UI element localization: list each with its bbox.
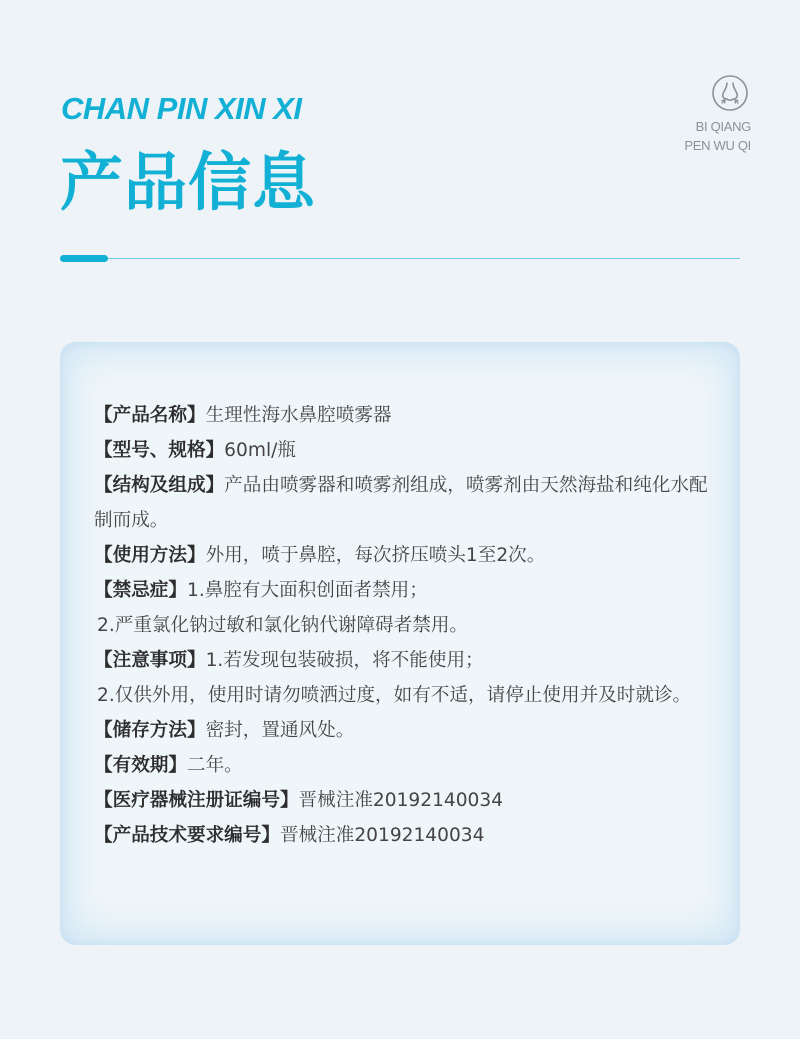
info-item-storage: 【储存方法】密封，置通风处。 xyxy=(94,713,710,748)
info-label: 【禁忌症】 xyxy=(94,580,187,601)
info-item-product-name: 【产品名称】生理性海水鼻腔喷雾器 xyxy=(94,398,710,433)
info-item-registration-number: 【医疗器械注册证编号】晋械注准20192140034 xyxy=(94,783,710,818)
badge-label-line2: PEN WU QI xyxy=(660,136,751,155)
info-item-shelf-life: 【有效期】二年。 xyxy=(94,748,710,783)
title-divider-accent xyxy=(60,255,108,262)
info-label: 【使用方法】 xyxy=(94,545,206,566)
info-label: 【储存方法】 xyxy=(94,720,206,741)
info-value: 外用，喷于鼻腔，每次挤压喷头1至2次。 xyxy=(206,545,546,566)
info-value-continuation: 2.仅供外用，使用时请勿喷洒过度，如有不适，请停止使用并及时就诊。 xyxy=(94,678,710,713)
info-label: 【型号、规格】 xyxy=(94,440,224,461)
info-value: 60ml/瓶 xyxy=(224,440,296,461)
info-item-contraindications: 【禁忌症】1.鼻腔有大面积创面者禁用； 2.严重氯化钠过敏和氯化钠代谢障碍者禁用… xyxy=(94,573,710,643)
info-label: 【产品名称】 xyxy=(94,405,206,426)
info-label: 【医疗器械注册证编号】 xyxy=(94,790,299,811)
badge-label-line1: BI QIANG xyxy=(660,117,751,136)
info-item-precautions: 【注意事项】1.若发现包装破损，将不能使用； 2.仅供外用，使用时请勿喷洒过度，… xyxy=(94,643,710,713)
info-value: 晋械注准20192140034 xyxy=(299,790,504,811)
info-value: 1.鼻腔有大面积创面者禁用； xyxy=(187,580,428,601)
info-item-tech-requirement-number: 【产品技术要求编号】晋械注准20192140034 xyxy=(94,818,710,853)
subtitle-pinyin: CHAN PIN XIN XI xyxy=(61,90,302,128)
info-item-usage: 【使用方法】外用，喷于鼻腔，每次挤压喷头1至2次。 xyxy=(94,538,710,573)
info-label: 【注意事项】 xyxy=(94,650,206,671)
info-label: 【结构及组成】 xyxy=(94,475,224,496)
info-item-model-spec: 【型号、规格】60ml/瓶 xyxy=(94,433,710,468)
info-value: 密封，置通风处。 xyxy=(206,720,355,741)
info-value: 晋械注准20192140034 xyxy=(280,825,485,846)
info-label: 【产品技术要求编号】 xyxy=(94,825,280,846)
title-divider-line xyxy=(60,258,740,259)
page-title: 产品信息 xyxy=(60,144,316,222)
info-value: 生理性海水鼻腔喷雾器 xyxy=(206,405,392,426)
info-label: 【有效期】 xyxy=(94,755,187,776)
nose-icon xyxy=(711,74,749,112)
info-value: 二年。 xyxy=(187,755,243,776)
info-value-continuation: 2.严重氯化钠过敏和氯化钠代谢障碍者禁用。 xyxy=(94,608,710,643)
info-value: 1.若发现包装破损，将不能使用； xyxy=(206,650,484,671)
info-list: 【产品名称】生理性海水鼻腔喷雾器 【型号、规格】60ml/瓶 【结构及组成】产品… xyxy=(94,398,710,853)
info-item-composition: 【结构及组成】产品由喷雾器和喷雾剂组成，喷雾剂由天然海盐和纯化水配制而成。 xyxy=(94,468,710,538)
